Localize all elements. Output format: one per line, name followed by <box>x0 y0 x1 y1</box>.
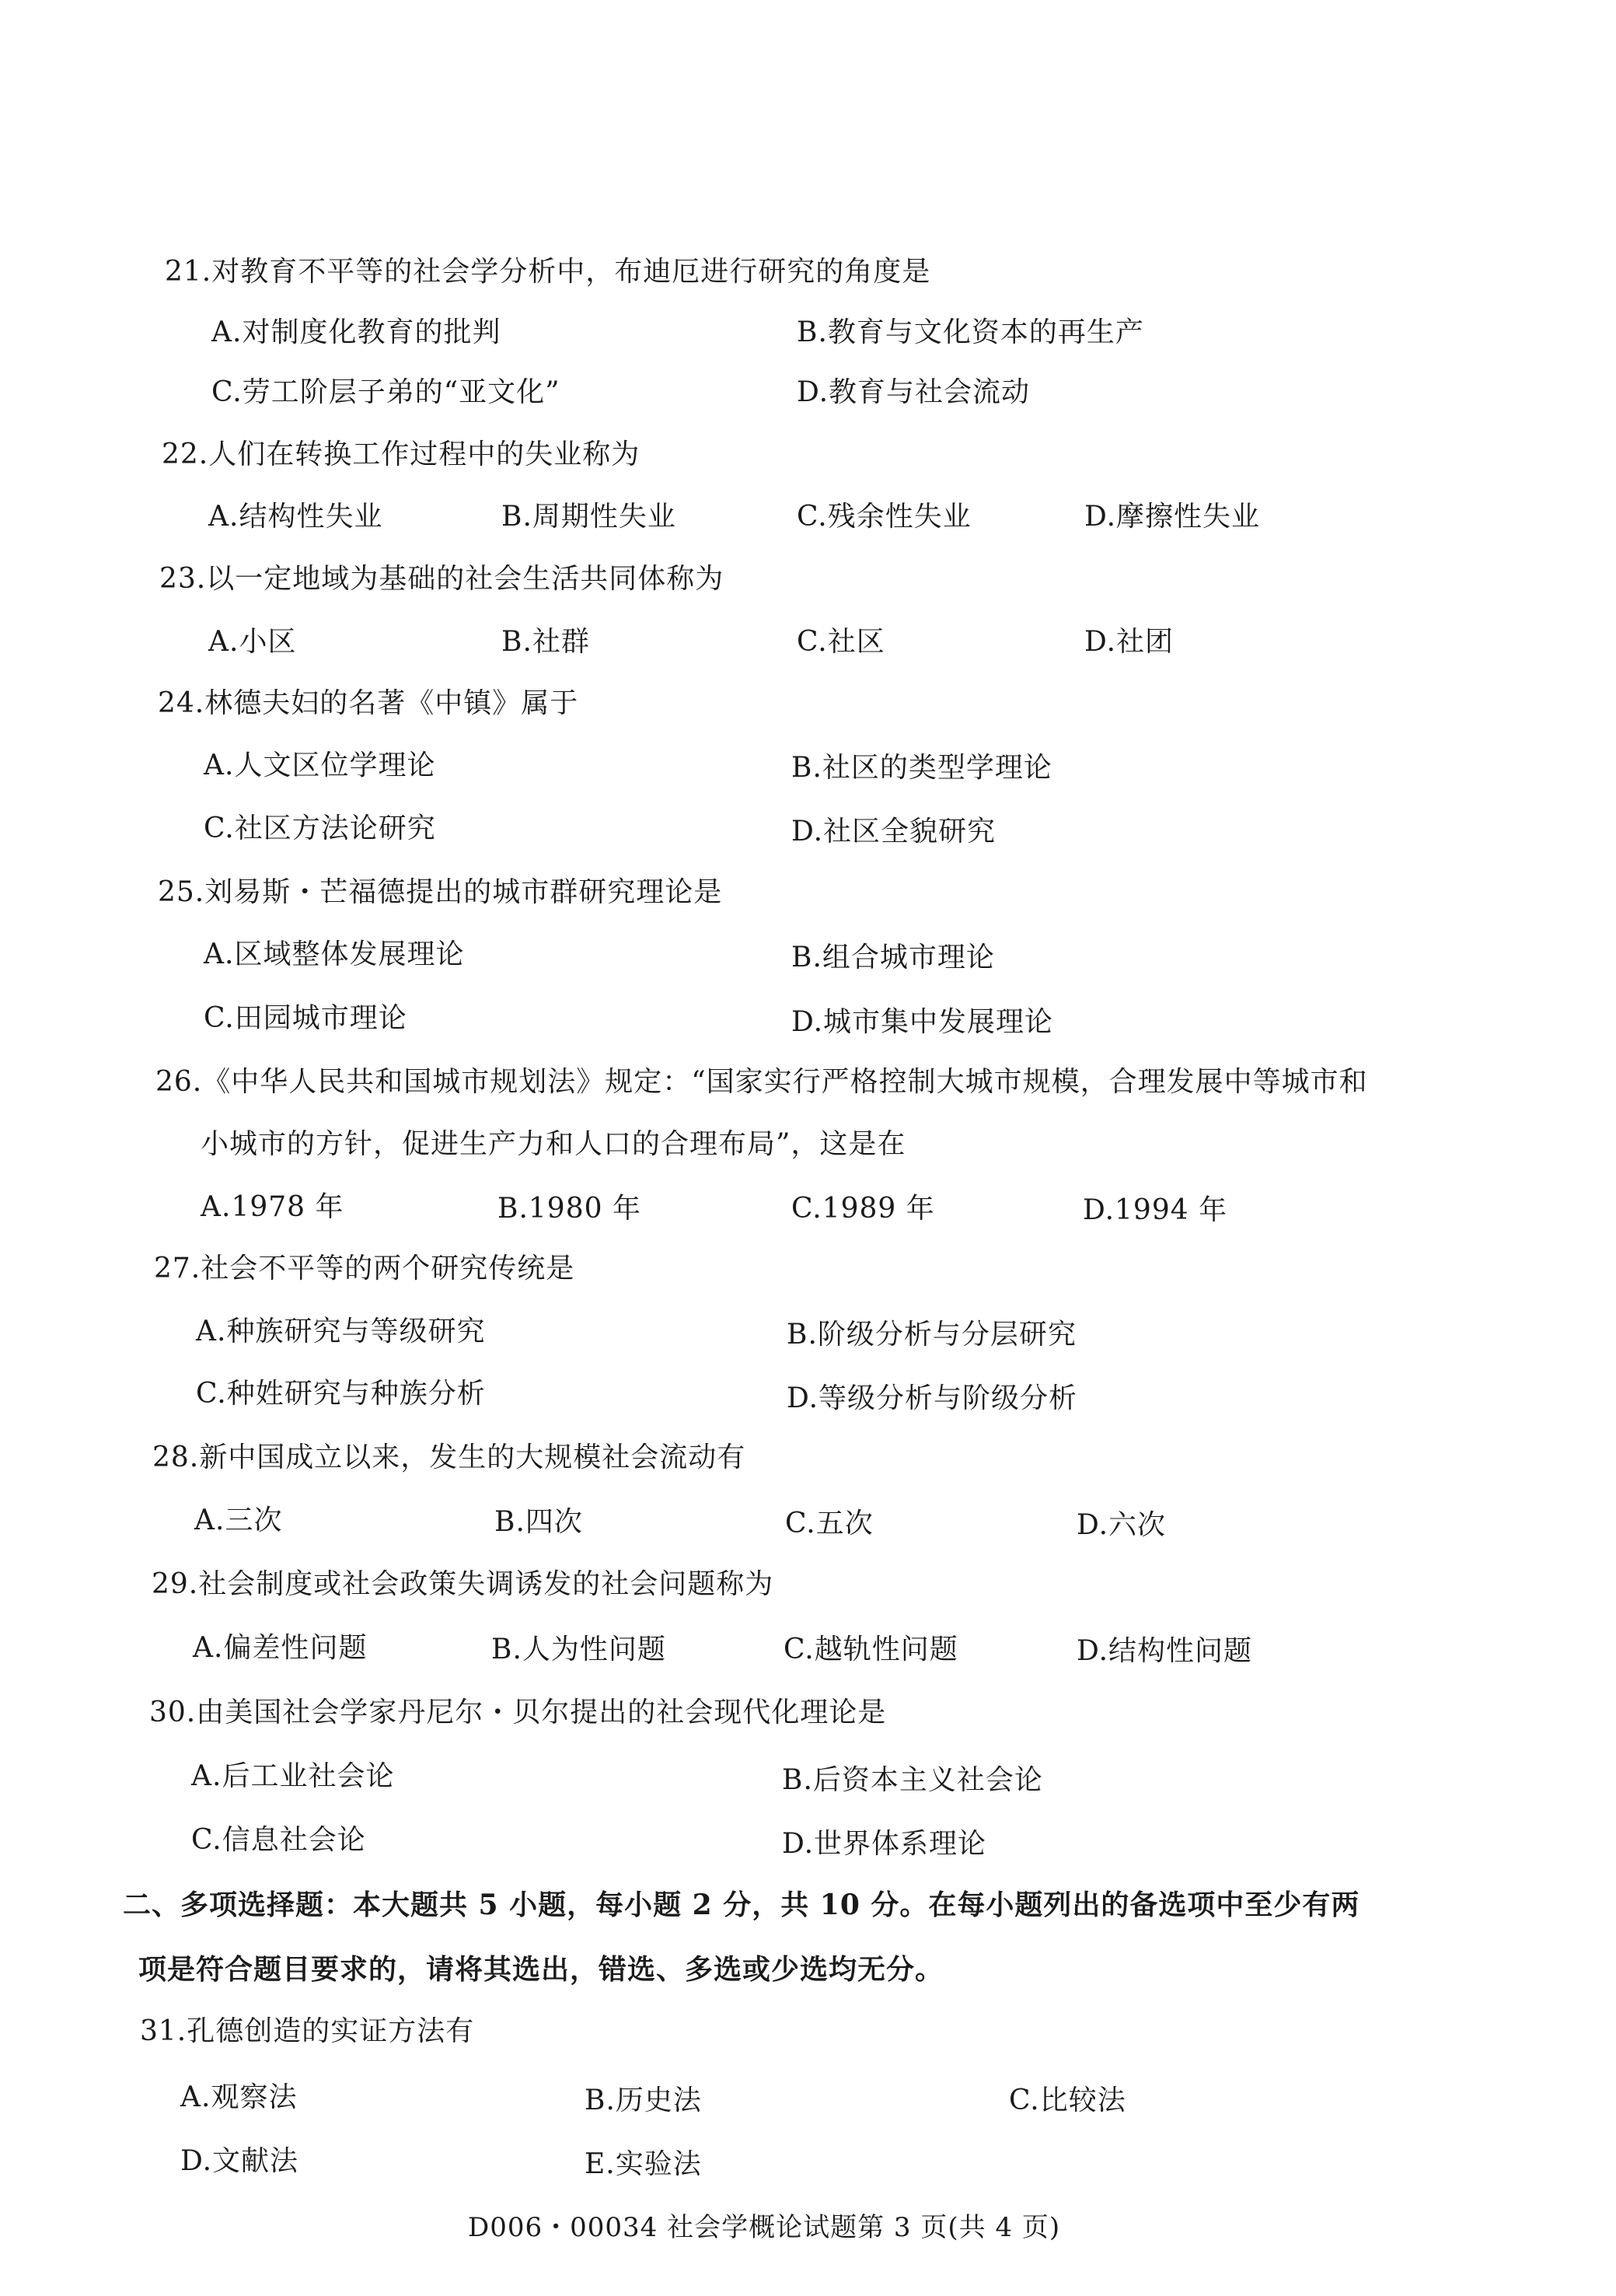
question-23-option-c: C.社区 <box>797 627 885 658</box>
question-21-stem: 21.对教育不平等的社会学分析中，布迪厄进行研究的角度是 <box>165 257 930 288</box>
question-26-stem-continued: 小城市的方针，促进生产力和人口的合理布局”，这是在 <box>201 1129 906 1160</box>
question-24-stem: 24.林德夫妇的名著《中镇》属于 <box>158 688 578 719</box>
question-27-stem: 27.社会不平等的两个研究传统是 <box>154 1253 574 1284</box>
question-24-option-c: C.社区方法论研究 <box>204 813 436 844</box>
question-21-option-d: D.教育与社会流动 <box>797 377 1030 408</box>
question-24-option-b: B.社区的类型学理论 <box>791 753 1052 784</box>
question-27-option-a: A.种族研究与等级研究 <box>196 1316 485 1347</box>
question-30-option-a: A.后工业社会论 <box>191 1761 394 1792</box>
question-23-stem: 23.以一定地域为基础的社会生活共同体称为 <box>159 564 724 595</box>
question-28-option-d: D.六次 <box>1077 1510 1166 1541</box>
question-28-option-a: A.三次 <box>194 1505 282 1536</box>
question-25-option-b: B.组合城市理论 <box>791 942 995 973</box>
question-27-option-d: D.等级分析与阶级分析 <box>787 1383 1077 1414</box>
question-22-stem: 22.人们在转换工作过程中的失业称为 <box>162 439 640 470</box>
question-26-stem: 26.《中华人民共和国城市规划法》规定：“国家实行严格控制大城市规模，合理发展中… <box>155 1067 1368 1098</box>
question-29-option-d: D.结构性问题 <box>1077 1636 1252 1667</box>
question-21-option-a: A.对制度化教育的批判 <box>211 317 501 348</box>
question-25-stem: 25.刘易斯・芒福德提出的城市群研究理论是 <box>158 877 722 908</box>
question-22-option-d: D.摩擦性失业 <box>1084 501 1260 533</box>
question-25-option-d: D.城市集中发展理论 <box>791 1007 1053 1038</box>
question-31-option-c: C.比较法 <box>1009 2085 1126 2116</box>
question-25-option-c: C.田园城市理论 <box>204 1003 407 1034</box>
question-26-option-a: A.1978 年 <box>201 1192 344 1223</box>
question-30-option-d: D.世界体系理论 <box>782 1829 986 1860</box>
question-29-option-c: C.越轨性问题 <box>784 1634 958 1665</box>
question-29-option-b: B.人为性问题 <box>491 1634 666 1665</box>
question-31-option-e: E.实验法 <box>585 2149 702 2180</box>
question-22-option-b: B.周期性失业 <box>501 501 676 533</box>
question-29-stem: 29.社会制度或社会政策失调诱发的社会问题称为 <box>152 1569 773 1600</box>
question-25-option-a: A.区域整体发展理论 <box>204 939 464 970</box>
question-31-option-a: A.观察法 <box>180 2082 297 2113</box>
question-23-option-d: D.社团 <box>1084 627 1174 658</box>
question-30-option-c: C.信息社会论 <box>191 1825 366 1856</box>
section-2-heading: 二、多项选择题：本大题共 5 小题，每小题 2 分，共 10 分。在每小题列出的… <box>123 1889 1359 1920</box>
question-31-stem: 31.孔德创造的实证方法有 <box>140 2016 474 2047</box>
question-21-option-c: C.劳工阶层子弟的“亚文化” <box>211 377 560 408</box>
question-30-stem: 30.由美国社会学家丹尼尔・贝尔提出的社会现代化理论是 <box>149 1697 886 1728</box>
question-29-option-a: A.偏差性问题 <box>193 1633 367 1664</box>
question-22-option-a: A.结构性失业 <box>208 501 382 533</box>
question-26-option-d: D.1994 年 <box>1083 1195 1227 1226</box>
question-21-option-b: B.教育与文化资本的再生产 <box>797 317 1144 348</box>
section-2-heading-continued: 项是符合题目要求的，请将其选出，错选、多选或少选均无分。 <box>138 1954 944 1985</box>
question-31-option-b: B.历史法 <box>585 2085 702 2116</box>
question-27-option-b: B.阶级分析与分层研究 <box>787 1319 1077 1351</box>
question-26-option-b: B.1980 年 <box>497 1193 641 1225</box>
question-28-stem: 28.新中国成立以来，发生的大规模社会流动有 <box>152 1442 745 1473</box>
question-22-option-c: C.残余性失业 <box>797 501 972 533</box>
question-24-option-d: D.社区全貌研究 <box>791 816 996 847</box>
question-26-option-c: C.1989 年 <box>791 1193 935 1225</box>
question-28-option-b: B.四次 <box>494 1507 583 1538</box>
question-23-option-a: A.小区 <box>208 627 296 658</box>
question-23-option-b: B.社群 <box>501 627 590 658</box>
question-28-option-c: C.五次 <box>785 1508 874 1539</box>
question-31-option-d: D.文献法 <box>180 2146 298 2177</box>
page-footer: D006・00034 社会学概论试题第 3 页(共 4 页) <box>468 2212 1060 2243</box>
question-27-option-c: C.种姓研究与种族分析 <box>196 1379 486 1410</box>
question-24-option-a: A.人文区位学理论 <box>204 750 435 781</box>
question-30-option-b: B.后资本主义社会论 <box>782 1765 1043 1796</box>
